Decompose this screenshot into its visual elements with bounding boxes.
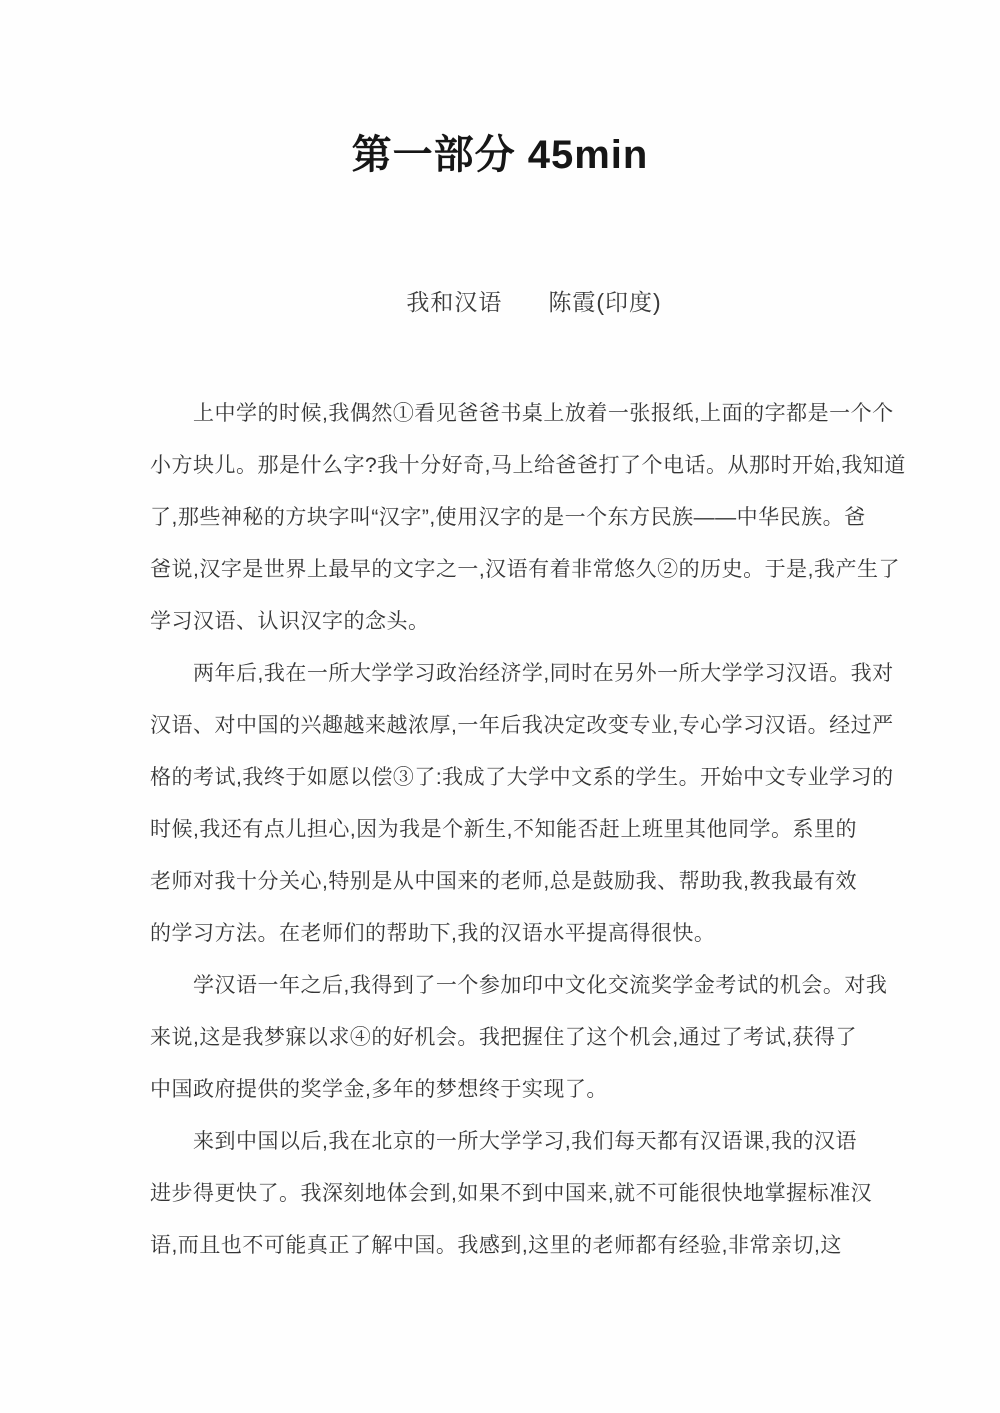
passage-line: 了,那些神秘的方块字叫“汉字”,使用汉字的是一个东方民族——中华民族。爸 [150, 492, 862, 544]
passage-line: 中国政府提供的奖学金,多年的梦想终于实现了。 [150, 1064, 862, 1116]
passage-line: 上中学的时候,我偶然①看见爸爸书桌上放着一张报纸,上面的字都是一个个 [150, 388, 862, 440]
document-page: 第一部分 45min 我和汉语陈霞(印度) 上中学的时候,我偶然①看见爸爸书桌上… [0, 0, 1000, 1413]
passage-line: 来到中国以后,我在北京的一所大学学习,我们每天都有汉语课,我的汉语 [150, 1116, 862, 1168]
passage-line: 语,而且也不可能真正了解中国。我感到,这里的老师都有经验,非常亲切,这 [150, 1220, 862, 1272]
passage-line: 两年后,我在一所大学学习政治经济学,同时在另外一所大学学习汉语。我对 [150, 648, 862, 700]
passage: 上中学的时候,我偶然①看见爸爸书桌上放着一张报纸,上面的字都是一个个小方块儿。那… [150, 388, 862, 1272]
passage-line: 的学习方法。在老师们的帮助下,我的汉语水平提高得很快。 [150, 908, 862, 960]
passage-line: 来说,这是我梦寐以求④的好机会。我把握住了这个机会,通过了考试,获得了 [150, 1012, 862, 1064]
passage-line: 进步得更快了。我深刻地体会到,如果不到中国来,就不可能很快地掌握标准汉 [150, 1168, 862, 1220]
passage-line: 格的考试,我终于如愿以偿③了:我成了大学中文系的学生。开始中文专业学习的 [150, 752, 862, 804]
passage-line: 老师对我十分关心,特别是从中国来的老师,总是鼓励我、帮助我,教我最有效 [150, 856, 862, 908]
passage-line: 汉语、对中国的兴趣越来越浓厚,一年后我决定改变专业,专心学习汉语。经过严 [150, 700, 862, 752]
passage-line: 时候,我还有点儿担心,因为我是个新生,不知能否赶上班里其他同学。系里的 [150, 804, 862, 856]
essay-author: 陈霞(印度) [548, 289, 661, 315]
section-title: 第一部分 45min [0, 131, 1000, 179]
passage-line: 小方块儿。那是什么字?我十分好奇,马上给爸爸打了个电话。从那时开始,我知道 [150, 440, 862, 492]
passage-line: 爸说,汉字是世界上最早的文字之一,汉语有着非常悠久②的历史。于是,我产生了 [150, 544, 862, 596]
essay-heading: 我和汉语陈霞(印度) [34, 284, 1000, 317]
passage-line: 学习汉语、认识汉字的念头。 [150, 596, 862, 648]
essay-title: 我和汉语 [406, 289, 502, 315]
passage-line: 学汉语一年之后,我得到了一个参加印中文化交流奖学金考试的机会。对我 [150, 960, 862, 1012]
